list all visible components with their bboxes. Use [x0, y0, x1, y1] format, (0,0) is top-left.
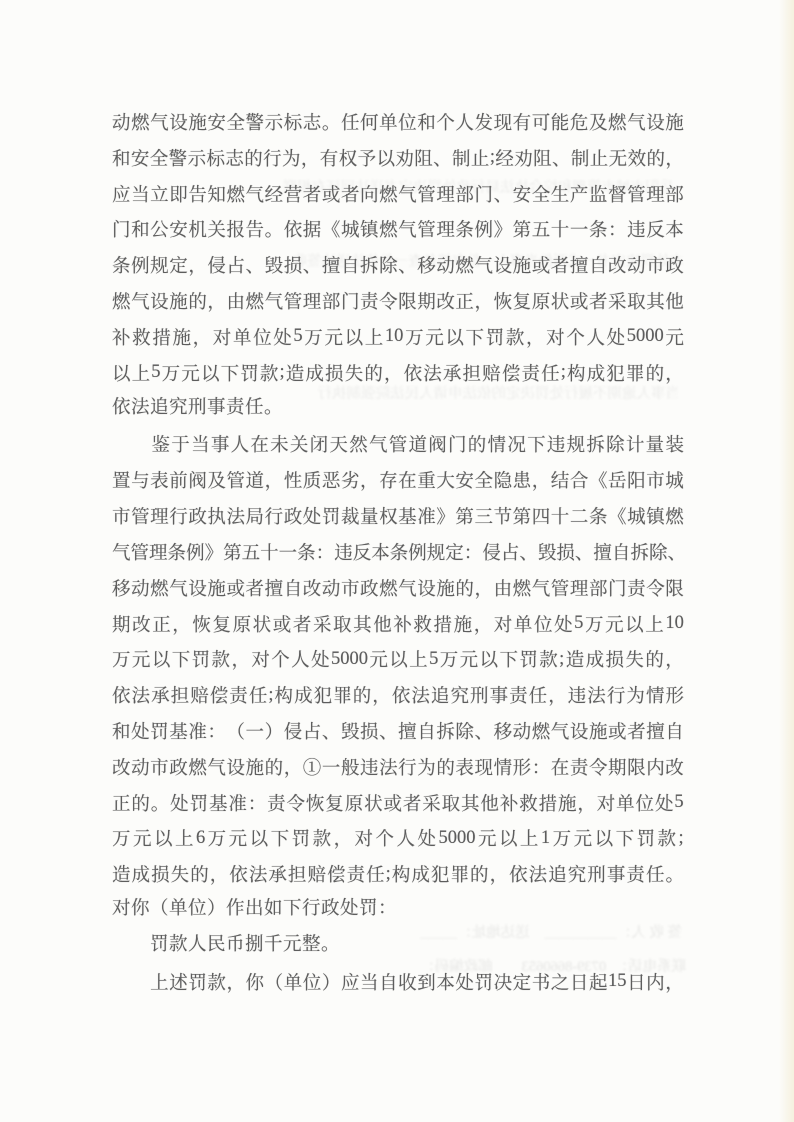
text-line: 以上5万元以下罚款;造成损失的，依法承担赔偿责任;构成犯罪的， — [112, 355, 684, 391]
text-line: 和处罚基准：（一）侵占、毁损、擅自拆除、移动燃气设施或者擅自 — [112, 713, 684, 749]
document-body-text: 动燃气设施安全警示标志。任何单位和个人发现有可能危及燃气设施 和安全警示标志的行… — [112, 104, 684, 1000]
text-line: 补救措施，对单位处5万元以上10万元以下罚款，对个人处5000元 — [112, 319, 684, 355]
text-line: 鉴于当事人在未关闭天然气管道阀门的情况下违规拆除计量装 — [112, 426, 684, 462]
text-line: 期改正，恢复原状或者采取其他补救措施，对单位处5万元以上10 — [112, 606, 684, 642]
text-line: 罚款人民币捌千元整。 — [112, 928, 684, 964]
text-line: 正的。处罚基准：责令恢复原状或者采取其他补救措施，对单位处5 — [112, 785, 684, 821]
text-line: 动燃气设施安全警示标志。任何单位和个人发现有可能危及燃气设施 — [112, 104, 684, 140]
text-line: 置与表前阀及管道，性质恶劣，存在重大安全隐患，结合《岳阳市城 — [112, 462, 684, 498]
text-line: 和安全警示标志的行为，有权予以劝阻、制止;经劝阻、制止无效的， — [112, 140, 684, 176]
page-edge-shadow — [779, 0, 794, 1122]
text-line: 气管理条例》第五十一条：违反本条例规定：侵占、毁损、擅自拆除、 — [112, 534, 684, 570]
text-line: 移动燃气设施或者擅自改动市政燃气设施的，由燃气管理部门责令限 — [112, 570, 684, 606]
text-line: 依法承担赔偿责任;构成犯罪的，依法追究刑事责任，违法行为情形 — [112, 677, 684, 713]
document-page: 岳阳市城市管理和综合执法局行政处罚决定书送达回证存根联 本处罚决定书一式两份当事… — [0, 0, 794, 1122]
text-line: 依法追究刑事责任。 — [112, 391, 684, 427]
text-line: 万元以下罚款，对个人处5000元以上5万元以下罚款;造成损失的， — [112, 641, 684, 677]
text-line: 应当立即告知燃气经营者或者向燃气管理部门、安全生产监督管理部 — [112, 176, 684, 212]
text-line: 对你（单位）作出如下行政处罚： — [112, 892, 684, 928]
text-line: 万元以上6万元以下罚款，对个人处5000元以上1万元以下罚款; — [112, 821, 684, 857]
text-line: 上述罚款，你（单位）应当自收到本处罚决定书之日起15日内， — [112, 964, 684, 1000]
text-line: 门和公安机关报告。依据《城镇燃气管理条例》第五十一条：违反本 — [112, 211, 684, 247]
text-line: 燃气设施的，由燃气管理部门责令限期改正，恢复原状或者采取其他 — [112, 283, 684, 319]
text-line: 改动市政燃气设施的，①一般违法行为的表现情形：在责令期限内改 — [112, 749, 684, 785]
text-line: 条例规定，侵占、毁损、擅自拆除、移动燃气设施或者擅自改动市政 — [112, 247, 684, 283]
text-line: 市管理行政执法局行政处罚裁量权基准》第三节第四十二条《城镇燃 — [112, 498, 684, 534]
text-line: 造成损失的，依法承担赔偿责任;构成犯罪的，依法追究刑事责任。 — [112, 856, 684, 892]
